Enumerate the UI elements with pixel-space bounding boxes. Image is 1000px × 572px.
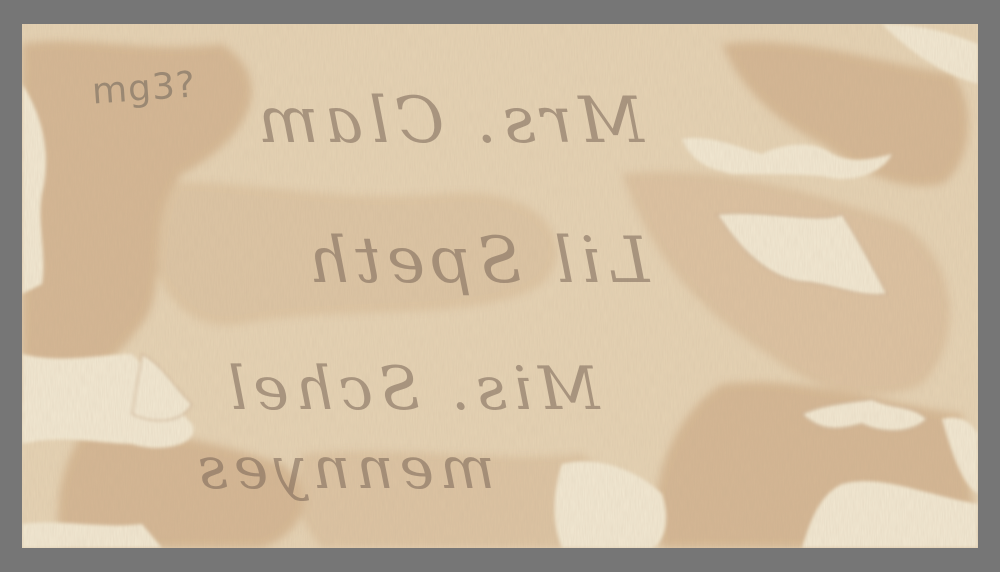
handwriting-line-2: Lil Speth	[302, 224, 649, 298]
handwriting-line-4: mennyes	[192, 434, 495, 502]
handwriting-line-1: Mrs. Clam	[252, 84, 644, 158]
handwriting-line-3: Mis. Schel	[222, 354, 600, 424]
aged-paper-card: mg3? Mrs. Clam Lil Speth Mis. Schel menn…	[22, 24, 978, 548]
pencil-annotation: mg3?	[91, 64, 198, 112]
document-photo: mg3? Mrs. Clam Lil Speth Mis. Schel menn…	[0, 0, 1000, 572]
